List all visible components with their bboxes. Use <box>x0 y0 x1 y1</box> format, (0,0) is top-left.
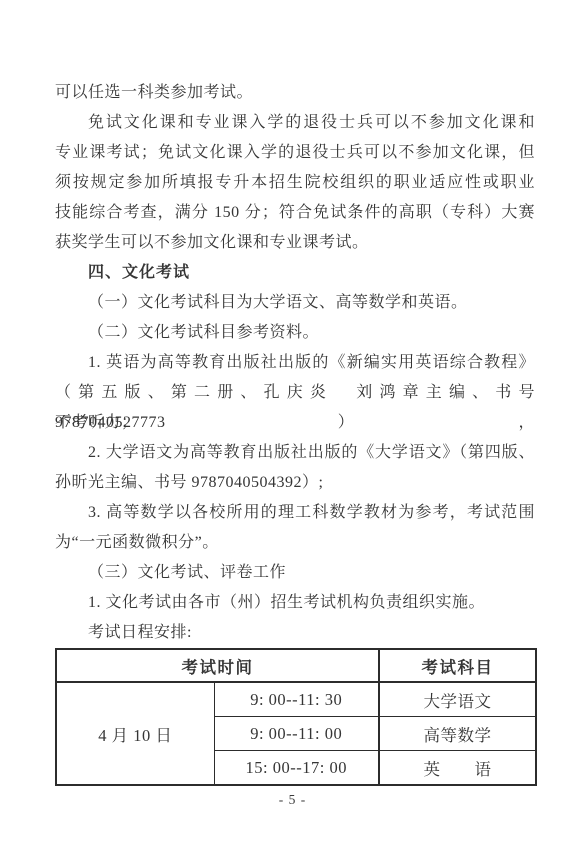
table-header-exam-subject: 考试科目 <box>379 649 536 682</box>
paragraph-line: （一）文化考试科目为大学语文、高等数学和英语。 <box>55 288 535 318</box>
paragraph-line: 3. 高等数学以各校所用的理工科数学教材为参考，考试范围 <box>55 498 535 528</box>
page-number: - 5 - <box>0 792 585 808</box>
exam-subject-cell: 高等数学 <box>379 717 536 751</box>
paragraph-line: 2. 大学语文为高等教育出版社出版的《大学语文》（第四版、 <box>55 438 535 468</box>
exam-subject-cell: 大学语文 <box>379 682 536 717</box>
paragraph-line: 可以任选一科类参加考试。 <box>55 78 535 108</box>
paragraph-line: 技能综合考查，满分 150 分；符合免试条件的高职（专科）大赛 <box>55 198 535 228</box>
paragraph-line: 须按规定参加所填报专升本招生院校组织的职业适应性或职业 <box>55 168 535 198</box>
subsection-heading: （三）文化考试、评卷工作 <box>55 558 535 588</box>
paragraph-line: 免试文化课和专业课入学的退役士兵可以不参加文化课和 <box>55 108 535 138</box>
paragraph-line: 孙昕光主编、书号 9787040504392）; <box>55 468 535 498</box>
exam-time-cell: 15: 00--17: 00 <box>214 751 379 786</box>
paragraph-line: （二）文化考试科目参考资料。 <box>55 318 535 348</box>
paragraph-line: 1. 文化考试由各市（州）招生考试机构负责组织实施。 <box>55 588 535 618</box>
table-header-row: 考试时间 考试科目 <box>56 649 536 682</box>
exam-time-cell: 9: 00--11: 30 <box>214 682 379 717</box>
exam-schedule-table: 考试时间 考试科目 4 月 10 日 9: 00--11: 30 大学语文 9:… <box>55 648 537 786</box>
exam-time-cell: 9: 00--11: 00 <box>214 717 379 751</box>
table-row: 4 月 10 日 9: 00--11: 30 大学语文 <box>56 682 536 717</box>
paragraph-line: 1. 英语为高等教育出版社出版的《新编实用英语综合教程》 <box>55 348 535 378</box>
table-header-exam-time: 考试时间 <box>56 649 379 682</box>
paragraph-line: 专业课考试；免试文化课入学的退役士兵可以不参加文化课，但 <box>55 138 535 168</box>
paragraph-line: （第五版、第二册、孔庆炎 刘鸿章主编、书号 9787040527773）， <box>55 378 535 408</box>
body-text-block: 可以任选一科类参加考试。 免试文化课和专业课入学的退役士兵可以不参加文化课和 专… <box>55 78 535 648</box>
exam-date-cell: 4 月 10 日 <box>56 682 214 785</box>
section-heading: 四、文化考试 <box>55 258 535 288</box>
paragraph-line: 考试日程安排: <box>55 618 535 648</box>
paragraph-line: 为“一元函数微积分”。 <box>55 528 535 558</box>
paragraph-line: 获奖学生可以不参加文化课和专业课考试。 <box>55 228 535 258</box>
document-page: 可以任选一科类参加考试。 免试文化课和专业课入学的退役士兵可以不参加文化课和 专… <box>0 0 585 852</box>
exam-subject-cell: 英 语 <box>379 751 536 786</box>
